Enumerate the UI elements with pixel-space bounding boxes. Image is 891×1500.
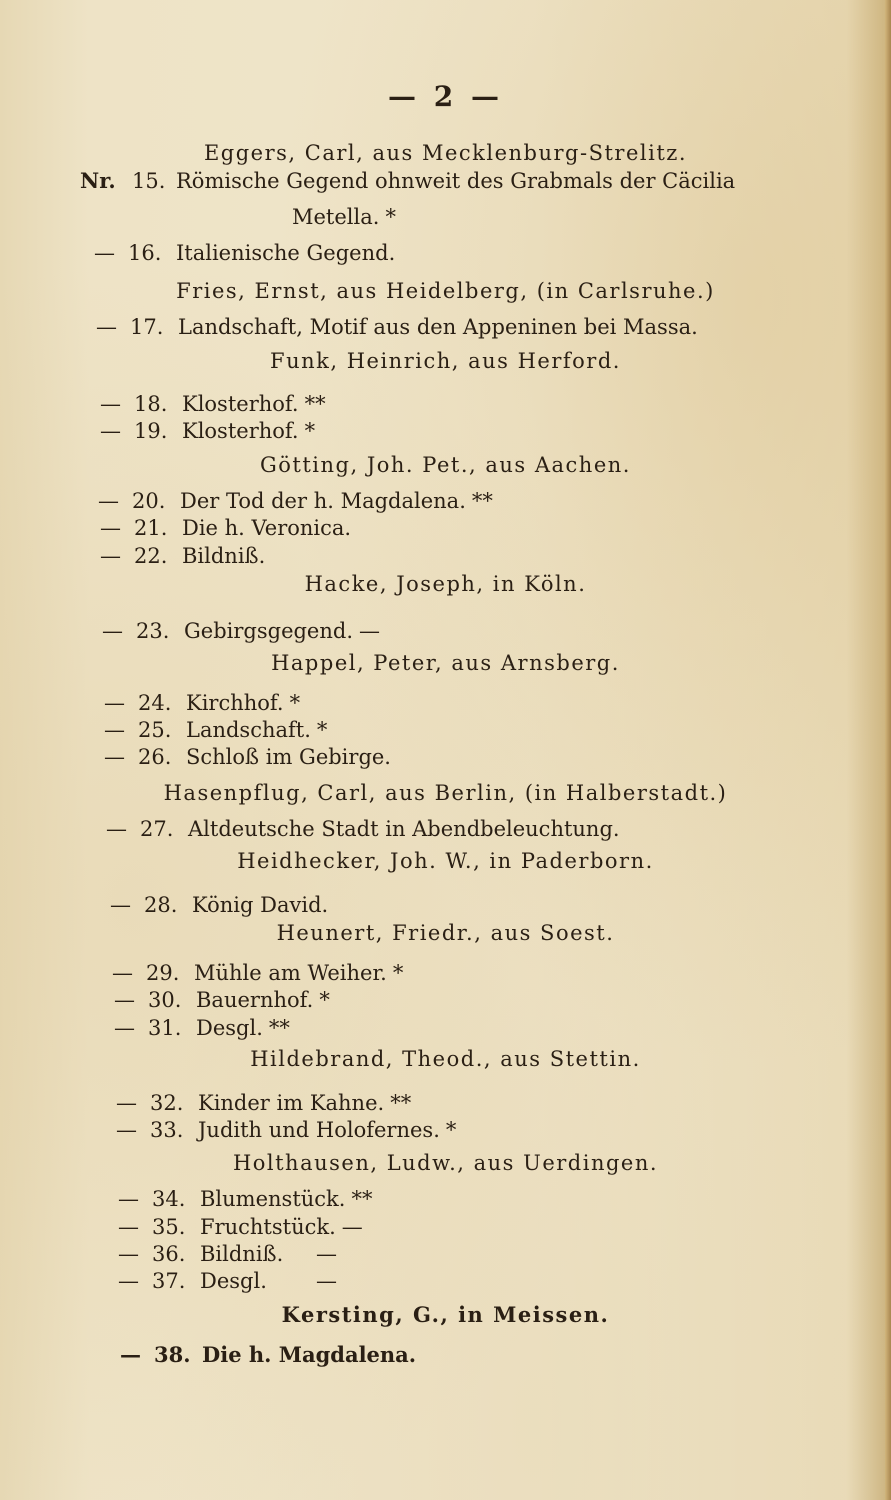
entry-prefix: — [114, 1015, 148, 1041]
entry-title: Kirchhof. [186, 691, 284, 715]
entry-title: Bauernhof. [196, 988, 313, 1012]
artist-heading: Hildebrand, Theod., aus Stettin. [0, 1046, 891, 1072]
entry-number: 34. [152, 1186, 200, 1212]
catalog-entry: —29.Mühle am Weiher.* [112, 960, 403, 986]
artist-heading: Kersting, G., in Meissen. [0, 1302, 891, 1328]
entry-number: 15. [132, 168, 176, 194]
entry-prefix: — [118, 1241, 152, 1267]
entry-title: König David. [192, 893, 328, 917]
entry-title: Klosterhof. [182, 392, 299, 416]
artist-heading: Funk, Heinrich, aus Herford. [0, 348, 891, 374]
catalog-entry: —30.Bauernhof.* [114, 987, 330, 1013]
entry-mark: * [319, 988, 330, 1012]
entry-number: 35. [152, 1214, 200, 1240]
entry-mark: * [290, 691, 301, 715]
catalog-entry: —33.Judith und Holofernes.* [116, 1117, 456, 1143]
entry-title: Der Tod der h. Magdalena. [180, 489, 466, 513]
entry-number: 17. [130, 314, 178, 340]
entry-prefix: — [94, 240, 128, 266]
entry-title: Italienische Gegend. [176, 241, 395, 265]
entry-number: 24. [138, 690, 186, 716]
catalog-entry: —18.Klosterhof.** [100, 391, 326, 417]
entry-title: Altdeutsche Stadt in Abendbeleuchtung. [188, 817, 620, 841]
entry-prefix: — [100, 515, 134, 541]
entry-number: 29. [146, 960, 194, 986]
entry-title: Klosterhof. [182, 419, 299, 443]
entry-title: Desgl. [200, 1268, 310, 1294]
catalog-entry: —25.Landschaft.* [104, 717, 327, 743]
entry-title: Judith und Holofernes. [198, 1118, 440, 1142]
entry-number: 23. [136, 618, 184, 644]
entry-mark: — [342, 1215, 363, 1239]
entry-title: Gebirgsgegend. [184, 619, 353, 643]
page-number: — 2 — [0, 80, 891, 113]
entry-prefix: — [114, 987, 148, 1013]
artist-heading: Götting, Joh. Pet., aus Aachen. [0, 452, 891, 478]
entry-number: 37. [152, 1268, 200, 1294]
catalog-entry: —38.Die h. Magdalena. [120, 1342, 416, 1368]
entry-title: Schloß im Gebirge. [186, 745, 391, 769]
entry-prefix: — [100, 543, 134, 569]
artist-heading: Heunert, Friedr., aus Soest. [0, 920, 891, 946]
entry-mark: ** [390, 1091, 411, 1115]
catalog-entry: —31.Desgl.** [114, 1015, 290, 1041]
catalog-entry: —22.Bildniß. [100, 543, 265, 569]
artist-heading: Heidhecker, Joh. W., in Paderborn. [0, 848, 891, 874]
entry-prefix: — [100, 391, 134, 417]
entry-prefix: — [112, 960, 146, 986]
entry-title: Landschaft, Motif aus den Appeninen bei … [178, 315, 698, 339]
entry-title: Römische Gegend ohnweit des Grabmals der… [176, 169, 735, 193]
entry-mark: * [446, 1118, 457, 1142]
entry-number: 22. [134, 543, 182, 569]
entry-prefix: — [104, 744, 138, 770]
entry-prefix: — [106, 816, 140, 842]
entry-number: 19. [134, 418, 182, 444]
catalog-entry: —36.Bildniß.— [118, 1241, 337, 1267]
catalog-entry: —24.Kirchhof.* [104, 690, 300, 716]
entry-number: 20. [132, 488, 180, 514]
entry-number: 27. [140, 816, 188, 842]
entry-mark: * [385, 205, 396, 229]
entry-number: 21. [134, 515, 182, 541]
entry-prefix: — [104, 717, 138, 743]
entry-mark: * [317, 718, 328, 742]
entry-title: Blumenstück. [200, 1187, 345, 1211]
entry-mark: * [305, 419, 316, 443]
artist-heading: Happel, Peter, aus Arnsberg. [0, 650, 891, 676]
entry-mark: ** [351, 1187, 372, 1211]
catalog-entry: —32.Kinder im Kahne.** [116, 1090, 411, 1116]
entry-prefix: — [118, 1268, 152, 1294]
entry-number: 31. [148, 1015, 196, 1041]
entry-prefix: — [96, 314, 130, 340]
entry-prefix: — [104, 690, 138, 716]
artist-heading: Hasenpflug, Carl, aus Berlin, (in Halber… [0, 780, 891, 806]
catalog-entry: —23.Gebirgsgegend.— [102, 618, 380, 644]
document-page: — 2 — Eggers, Carl, aus Mecklenburg-Stre… [0, 0, 891, 1500]
artist-heading: Eggers, Carl, aus Mecklenburg-Strelitz. [0, 140, 891, 166]
entry-prefix: — [100, 418, 134, 444]
catalog-entry: —28.König David. [110, 892, 328, 918]
entry-number: 26. [138, 744, 186, 770]
entry-prefix: Nr. [80, 168, 132, 194]
artist-heading: Holthausen, Ludw., aus Uerdingen. [0, 1150, 891, 1176]
entry-prefix: — [116, 1090, 150, 1116]
entry-number: 36. [152, 1241, 200, 1267]
entry-prefix: — [116, 1117, 150, 1143]
entry-title: Bildniß. [182, 544, 265, 568]
entry-prefix: — [110, 892, 144, 918]
entry-title: Mühle am Weiher. [194, 961, 387, 985]
catalog-entry: —17.Landschaft, Motif aus den Appeninen … [96, 314, 698, 340]
entry-title: Fruchtstück. [200, 1215, 336, 1239]
catalog-entry: —21.Die h. Veronica. [100, 515, 351, 541]
catalog-entry: Nr.15.Römische Gegend ohnweit des Grabma… [80, 168, 735, 194]
catalog-entry: —16.Italienische Gegend. [94, 240, 395, 266]
catalog-entry: —37.Desgl.— [118, 1268, 337, 1294]
entry-title: Die h. Veronica. [182, 516, 351, 540]
entry-mark: — [316, 1242, 337, 1266]
entry-prefix: — [98, 488, 132, 514]
entry-mark: — [316, 1269, 337, 1293]
catalog-entry: —26.Schloß im Gebirge. [104, 744, 391, 770]
entry-title: Kinder im Kahne. [198, 1091, 384, 1115]
entry-number: 30. [148, 987, 196, 1013]
entry-number: 18. [134, 391, 182, 417]
entry-number: 38. [154, 1342, 202, 1368]
entry-mark: ** [305, 392, 326, 416]
entry-title: Die h. Magdalena. [202, 1342, 416, 1367]
entry-title: Desgl. [196, 1016, 263, 1040]
entry-number: 33. [150, 1117, 198, 1143]
entry-number: 25. [138, 717, 186, 743]
catalog-entry: —27.Altdeutsche Stadt in Abendbeleuchtun… [106, 816, 620, 842]
entry-prefix: — [118, 1214, 152, 1240]
entry-mark: ** [269, 1016, 290, 1040]
catalog-entry: —19.Klosterhof.* [100, 418, 315, 444]
entry-mark: — [359, 619, 380, 643]
entry-number: 28. [144, 892, 192, 918]
entry-prefix: — [118, 1186, 152, 1212]
page-edge [885, 0, 891, 1500]
entry-mark: * [393, 961, 404, 985]
artist-heading: Hacke, Joseph, in Köln. [0, 571, 891, 597]
artist-heading: Fries, Ernst, aus Heidelberg, (in Carlsr… [0, 278, 891, 304]
entry-mark: ** [472, 489, 493, 513]
entry-prefix: — [120, 1342, 154, 1368]
entry-number: 32. [150, 1090, 198, 1116]
catalog-entry: —34.Blumenstück.** [118, 1186, 372, 1212]
entry-title: Landschaft. [186, 718, 311, 742]
entry-prefix: — [102, 618, 136, 644]
catalog-entry: —20.Der Tod der h. Magdalena.** [98, 488, 493, 514]
catalog-entry: —35.Fruchtstück.— [118, 1214, 363, 1240]
entry-title: Bildniß. [200, 1241, 310, 1267]
entry-number: 16. [128, 240, 176, 266]
catalog-entry-continuation: Metella.* [292, 204, 396, 230]
entry-title-continued: Metella. [292, 205, 379, 229]
